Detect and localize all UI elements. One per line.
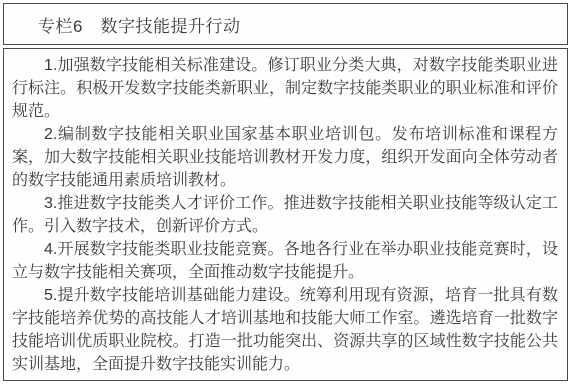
body-paragraph: 1.加强数字技能相关标准建设。修订职业分类大典，对数字技能类职业进行标注。积极开… (12, 54, 558, 123)
body-paragraph: 4.开展数字技能类职业技能竞赛。各地各行业在举办职业技能竞赛时，设立与数字技能相… (12, 238, 558, 284)
column-title-box: 专栏6 数字技能提升行动 (3, 3, 568, 45)
body-paragraph: 2.编制数字技能相关职业国家基本职业培训包。发布培训标准和课程方案，加大数字技能… (12, 123, 558, 192)
column-title: 专栏6 数字技能提升行动 (38, 12, 240, 37)
body-paragraph: 3.推进数字技能类人才评价工作。推进数字技能相关职业技能等级认定工作。引入数字技… (12, 192, 558, 238)
body-paragraph: 5.提升数字技能培训基础能力建设。统筹利用现有资源，培育一批具有数字技能培养优势… (12, 284, 558, 376)
column-body-box: 1.加强数字技能相关标准建设。修订职业分类大典，对数字技能类职业进行标注。积极开… (3, 48, 568, 381)
document-page: 专栏6 数字技能提升行动 1.加强数字技能相关标准建设。修订职业分类大典，对数字… (0, 0, 572, 386)
